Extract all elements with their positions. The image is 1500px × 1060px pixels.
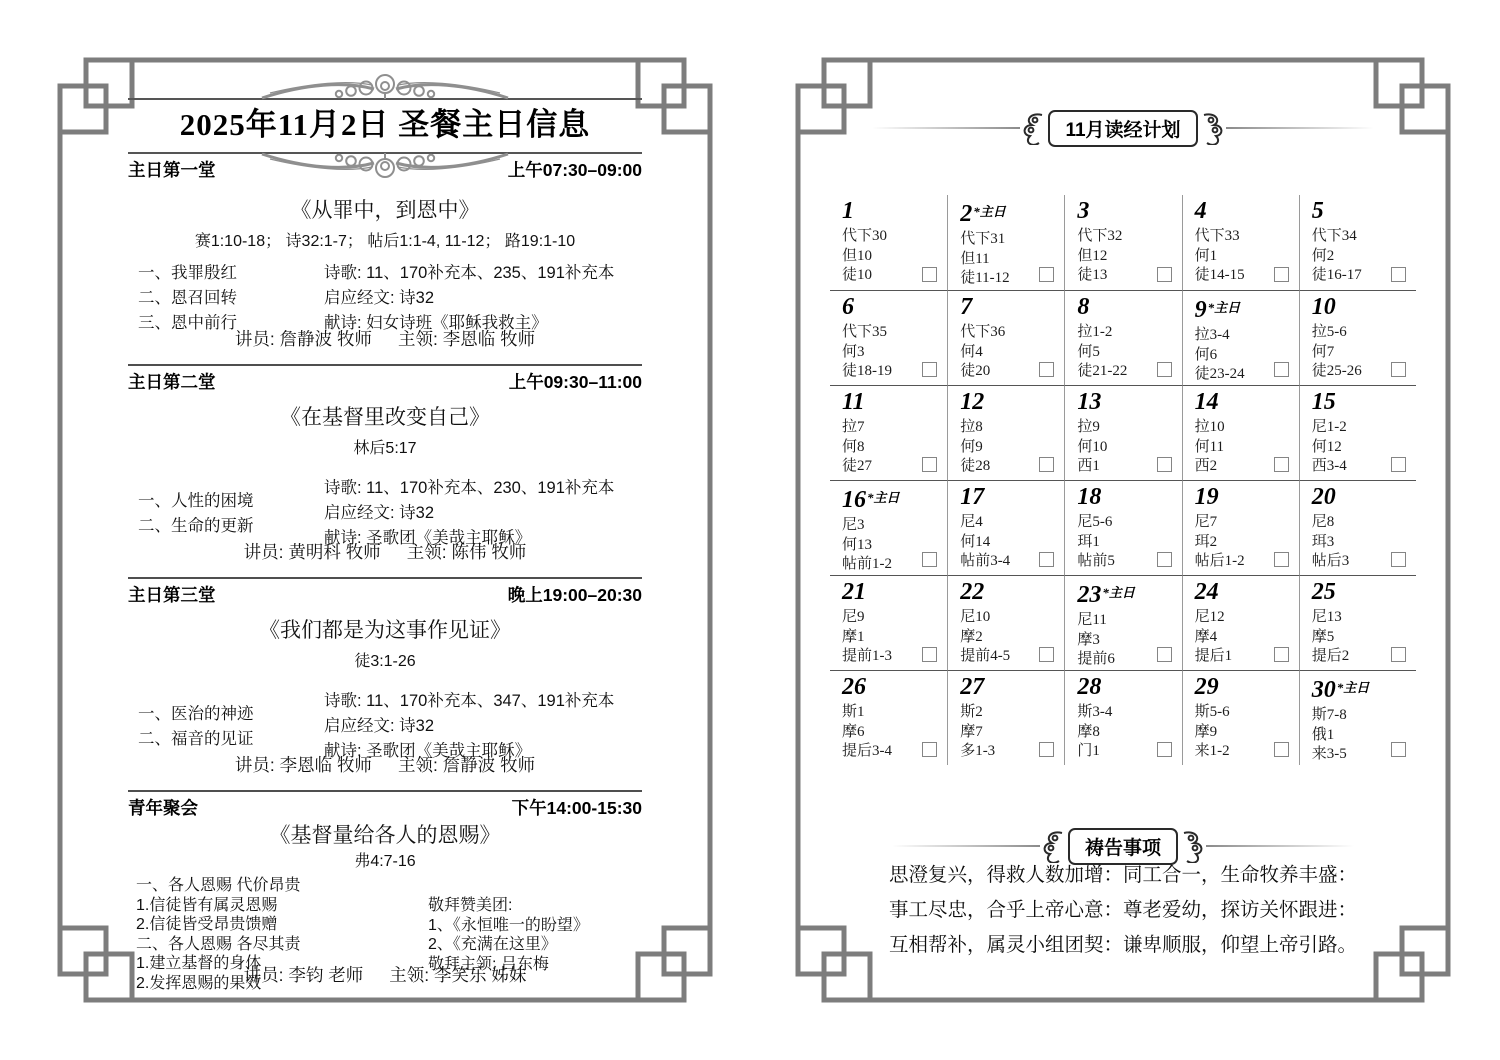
- reading-line: 珥1: [1077, 533, 1175, 553]
- reading-line: 代下33: [1195, 227, 1293, 247]
- reading-line: 何12: [1312, 438, 1410, 458]
- reading-line: 何7: [1312, 343, 1410, 363]
- cloud-scroll-icon: [1200, 111, 1224, 145]
- day-number: 9: [1195, 297, 1207, 323]
- reading-line: 何3: [842, 343, 941, 363]
- reading-checkbox[interactable]: [1157, 647, 1172, 662]
- reading-line: 何1: [1195, 247, 1293, 267]
- sermon-outline: 一、医治的神迹 二、福音的见证: [128, 702, 324, 752]
- reading-line: 代下30: [842, 227, 941, 247]
- reading-line: 珥2: [1195, 533, 1293, 553]
- reading-line: 代下35: [842, 323, 941, 343]
- reading-checkbox[interactable]: [1391, 552, 1406, 567]
- reading-checkbox[interactable]: [1391, 362, 1406, 377]
- day-number: 28: [1077, 674, 1101, 700]
- day-number: 23: [1077, 582, 1101, 608]
- reading-line: 尼12: [1195, 608, 1293, 628]
- sermon-outline: 一、人性的困境 二、生命的更新: [128, 489, 324, 539]
- reading-checkbox[interactable]: [1157, 362, 1172, 377]
- calendar-day-cell: 22 尼10 摩2 提前4-5: [947, 575, 1064, 670]
- reading-checkbox[interactable]: [1157, 552, 1172, 567]
- prayer-line: 互相帮补，属灵小组团契：谦卑顺服，仰望上帝引路。: [790, 928, 1456, 963]
- calendar-day-cell: 7 代下36 何4 徒20: [947, 290, 1064, 385]
- day-header: 30*主日: [1312, 674, 1410, 706]
- speaker: 讲员: 黄明科 牧师: [244, 542, 381, 562]
- reading-checkbox[interactable]: [922, 267, 937, 282]
- reading-line: 代下31: [960, 230, 1058, 250]
- service-section-3: 主日第三堂 晚上19:00–20:30 《我们都是为这事作见证》 徒3:1-26…: [128, 577, 642, 790]
- reading-calendar: 1 代下30 但10 徒10 2*主日 代下31 但11 徒11-12 3 代下…: [830, 195, 1416, 765]
- leaders-line: 讲员: 詹静波 牧师主领: 李恩临 牧师: [128, 327, 642, 351]
- reading-line: 拉7: [842, 418, 941, 438]
- sermon-title: 《我们都是为这事作见证》: [128, 616, 642, 646]
- reading-line: 拉8: [960, 418, 1058, 438]
- program-line: 启应经文: 诗32: [324, 501, 642, 526]
- day-header: 1: [842, 198, 941, 227]
- title-block: 2025年11月2日 圣餐主日信息: [128, 98, 642, 154]
- left-page-content: 2025年11月2日 圣餐主日信息 主日第一堂 上午07:30–09:00 《从…: [52, 52, 718, 1008]
- scripture-ref: 林后5:17: [128, 437, 642, 460]
- outline-point: 一、各人恩赐 代价昂贵: [136, 876, 428, 896]
- day-number: 21: [842, 579, 866, 605]
- reading-checkbox[interactable]: [1157, 267, 1172, 282]
- sunday-label: *主日: [867, 490, 900, 505]
- sermon-title: 《从罪中，到恩中》: [128, 196, 642, 226]
- speaker: 讲员: 李恩临 牧师: [235, 755, 372, 775]
- reading-checkbox[interactable]: [1039, 362, 1054, 377]
- reading-checkbox[interactable]: [922, 552, 937, 567]
- reading-checkbox[interactable]: [922, 742, 937, 757]
- divider-line: [892, 845, 1040, 847]
- day-header: 6: [842, 294, 941, 323]
- prayer-line: 事工尽忠，合乎上帝心意：尊老爱幼，探访关怀跟进：: [790, 893, 1456, 928]
- day-header: 22: [960, 579, 1058, 608]
- day-number: 4: [1195, 198, 1207, 224]
- calendar-day-cell: 30*主日 斯7-8 俄1 来3-5: [1299, 670, 1416, 765]
- reading-checkbox[interactable]: [1039, 552, 1054, 567]
- day-header: 27: [960, 674, 1058, 703]
- leaders-line: 讲员: 黄明科 牧师主领: 陈伟 牧师: [128, 540, 642, 564]
- reading-checkbox[interactable]: [922, 362, 937, 377]
- program-details: 诗歌: 11、170补充本、235、191补充本 启应经文: 诗32 献诗: 妇…: [324, 261, 642, 336]
- day-header: 12: [960, 389, 1058, 418]
- day-header: 28: [1077, 674, 1175, 703]
- reading-line: 拉5-6: [1312, 323, 1410, 343]
- section-body: 一、我罪殷红 二、恩召回转 三、恩中前行 诗歌: 11、170补充本、235、1…: [128, 261, 642, 336]
- section-time: 上午09:30–11:00: [509, 370, 642, 394]
- day-number: 25: [1312, 579, 1336, 605]
- day-header: 15: [1312, 389, 1410, 418]
- program-line: 诗歌: 11、170补充本、230、191补充本: [324, 476, 642, 501]
- calendar-day-cell: 17 尼4 何14 帖前3-4: [947, 480, 1064, 575]
- day-number: 8: [1077, 294, 1089, 320]
- day-number: 18: [1077, 484, 1101, 510]
- page-title: 2025年11月2日 圣餐主日信息: [128, 104, 642, 146]
- day-number: 27: [960, 674, 984, 700]
- reading-line: 代下34: [1312, 227, 1410, 247]
- day-header: 13: [1077, 389, 1175, 418]
- reading-checkbox[interactable]: [922, 647, 937, 662]
- worship-line: 1、《永恒唯一的盼望》: [428, 916, 642, 936]
- presider: 主领: 詹静波 牧师: [398, 755, 535, 775]
- section-name: 主日第三堂: [128, 583, 216, 607]
- reading-line: 拉9: [1077, 418, 1175, 438]
- reading-checkbox[interactable]: [1391, 647, 1406, 662]
- reading-line: 尼4: [960, 513, 1058, 533]
- scripture-ref: 赛1:10-18； 诗32:1-7； 帖后1:1-4, 11-12； 路19:1…: [128, 230, 642, 253]
- calendar-day-cell: 4 代下33 何1 徒14-15: [1182, 195, 1299, 290]
- day-header: 20: [1312, 484, 1410, 513]
- section-name: 青年聚会: [128, 796, 198, 820]
- divider-line: [872, 127, 1020, 129]
- reading-line: 何11: [1195, 438, 1293, 458]
- reading-checkbox[interactable]: [1039, 267, 1054, 282]
- reading-line: 斯7-8: [1312, 706, 1410, 726]
- calendar-day-cell: 6 代下35 何3 徒18-19: [830, 290, 947, 385]
- section-time: 下午14:00-15:30: [512, 796, 642, 820]
- day-header: 29: [1195, 674, 1293, 703]
- day-header: 26: [842, 674, 941, 703]
- day-header: 17: [960, 484, 1058, 513]
- youth-meeting-section: 青年聚会 下午14:00-15:30 《基督量给各人的恩赐》 弗4:7-16 一…: [128, 790, 642, 995]
- reading-line: 拉10: [1195, 418, 1293, 438]
- reading-line: 尼1-2: [1312, 418, 1410, 438]
- day-number: 7: [960, 294, 972, 320]
- reading-plan-header: 11月读经计划: [790, 110, 1456, 146]
- program-line: 启应经文: 诗32: [324, 286, 642, 311]
- reading-checkbox[interactable]: [1274, 267, 1289, 282]
- day-header: 16*主日: [842, 484, 941, 516]
- day-header: 18: [1077, 484, 1175, 513]
- calendar-day-cell: 14 拉10 何11 西2: [1182, 385, 1299, 480]
- calendar-day-cell: 2*主日 代下31 但11 徒11-12: [947, 195, 1064, 290]
- calendar-day-cell: 13 拉9 何10 西1: [1064, 385, 1181, 480]
- reading-line: 何8: [842, 438, 941, 458]
- sunday-label: *主日: [973, 204, 1006, 219]
- reading-line: 斯3-4: [1077, 703, 1175, 723]
- service-section-2: 主日第二堂 上午09:30–11:00 《在基督里改变自己》 林后5:17 一、…: [128, 364, 642, 577]
- reading-line: 何9: [960, 438, 1058, 458]
- presider: 主领: 陈伟 牧师: [407, 542, 527, 562]
- reading-checkbox[interactable]: [1274, 647, 1289, 662]
- reading-checkbox[interactable]: [1391, 457, 1406, 472]
- speaker: 讲员: 詹静波 牧师: [235, 329, 372, 349]
- section-header: 主日第二堂 上午09:30–11:00: [128, 370, 642, 394]
- reading-line: 斯2: [960, 703, 1058, 723]
- day-header: 2*主日: [960, 198, 1058, 230]
- section-header: 主日第一堂 上午07:30–09:00: [128, 158, 642, 182]
- program-line: 诗歌: 11、170补充本、347、191补充本: [324, 689, 642, 714]
- day-header: 9*主日: [1195, 294, 1293, 326]
- reading-checkbox[interactable]: [1157, 742, 1172, 757]
- divider-line: [1226, 127, 1374, 129]
- day-header: 5: [1312, 198, 1410, 227]
- sunday-label: *主日: [1337, 680, 1370, 695]
- day-number: 6: [842, 294, 854, 320]
- day-number: 14: [1195, 389, 1219, 415]
- scripture-ref: 弗4:7-16: [128, 851, 642, 872]
- calendar-day-cell: 25 尼13 摩5 提后2: [1299, 575, 1416, 670]
- calendar-day-cell: 23*主日 尼11 摩3 提前6: [1064, 575, 1181, 670]
- outline-point: 一、人性的困境: [138, 489, 324, 514]
- sermon-title: 《在基督里改变自己》: [128, 403, 642, 433]
- reading-line: 何14: [960, 533, 1058, 553]
- calendar-day-cell: 29 斯5-6 摩9 来1-2: [1182, 670, 1299, 765]
- reading-line: 尼3: [842, 516, 941, 536]
- reading-line: 尼7: [1195, 513, 1293, 533]
- outline-point: 一、我罪殷红: [138, 261, 324, 286]
- service-section-1: 主日第一堂 上午07:30–09:00 《从罪中，到恩中》 赛1:10-18； …: [128, 154, 642, 364]
- program-line: 诗歌: 11、170补充本、235、191补充本: [324, 261, 642, 286]
- reading-checkbox[interactable]: [1274, 362, 1289, 377]
- reading-line: 何4: [960, 343, 1058, 363]
- reading-line: 拉1-2: [1077, 323, 1175, 343]
- calendar-day-cell: 19 尼7 珥2 帖后1-2: [1182, 480, 1299, 575]
- day-number: 24: [1195, 579, 1219, 605]
- reading-checkbox[interactable]: [1039, 742, 1054, 757]
- day-header: 3: [1077, 198, 1175, 227]
- day-header: 24: [1195, 579, 1293, 608]
- reading-line: 摩1: [842, 628, 941, 648]
- calendar-day-cell: 15 尼1-2 何12 西3-4: [1299, 385, 1416, 480]
- calendar-day-cell: 12 拉8 何9 徒28: [947, 385, 1064, 480]
- section-name: 主日第二堂: [128, 370, 216, 394]
- reading-line: 代下36: [960, 323, 1058, 343]
- reading-checkbox[interactable]: [1039, 647, 1054, 662]
- day-number: 19: [1195, 484, 1219, 510]
- flourish-ornament-icon: [260, 72, 510, 100]
- cloud-scroll-icon: [1022, 111, 1046, 145]
- presider: 主领: 李恩临 牧师: [398, 329, 535, 349]
- reading-line: 摩9: [1195, 723, 1293, 743]
- reading-line: 斯5-6: [1195, 703, 1293, 723]
- reading-line: 何10: [1077, 438, 1175, 458]
- reading-checkbox[interactable]: [1039, 457, 1054, 472]
- reading-checkbox[interactable]: [1157, 457, 1172, 472]
- day-header: 21: [842, 579, 941, 608]
- calendar-day-cell: 28 斯3-4 摩8 门1: [1064, 670, 1181, 765]
- sermon-outline: 一、我罪殷红 二、恩召回转 三、恩中前行: [128, 261, 324, 336]
- day-number: 20: [1312, 484, 1336, 510]
- day-number: 2: [960, 201, 972, 227]
- day-number: 1: [842, 198, 854, 224]
- day-header: 7: [960, 294, 1058, 323]
- reading-line: 摩8: [1077, 723, 1175, 743]
- bulletin-page-right: 11月读经计划 1 代下30 但10 徒10 2*主日 代下31 但11 徒11…: [790, 52, 1456, 1008]
- calendar-day-cell: 11 拉7 何8 徒27: [830, 385, 947, 480]
- program-line: 启应经文: 诗32: [324, 714, 642, 739]
- reading-checkbox[interactable]: [922, 457, 937, 472]
- reading-line: 摩7: [960, 723, 1058, 743]
- section-name: 主日第一堂: [128, 158, 216, 182]
- day-header: 10: [1312, 294, 1410, 323]
- sermon-title: 《基督量给各人的恩赐》: [128, 822, 642, 850]
- outline-point: 二、福音的见证: [138, 727, 324, 752]
- calendar-day-cell: 10 拉5-6 何7 徒25-26: [1299, 290, 1416, 385]
- calendar-day-cell: 27 斯2 摩7 多1-3: [947, 670, 1064, 765]
- outline-point: 二、恩召回转: [138, 286, 324, 311]
- day-number: 11: [842, 389, 865, 415]
- sunday-label: *主日: [1208, 300, 1241, 315]
- prayer-line: 思澄复兴，得救人数加增：同工合一，生命牧养丰盛：: [790, 858, 1456, 893]
- day-number: 16: [842, 487, 866, 513]
- reading-checkbox[interactable]: [1274, 552, 1289, 567]
- outline-point: 一、医治的神迹: [138, 702, 324, 727]
- day-number: 3: [1077, 198, 1089, 224]
- sunday-label: *主日: [1102, 585, 1135, 600]
- day-number: 26: [842, 674, 866, 700]
- day-header: 8: [1077, 294, 1175, 323]
- right-page-content: 11月读经计划 1 代下30 但10 徒10 2*主日 代下31 但11 徒11…: [790, 52, 1456, 1008]
- section-header: 主日第三堂 晚上19:00–20:30: [128, 583, 642, 607]
- calendar-day-cell: 9*主日 拉3-4 何6 徒23-24: [1182, 290, 1299, 385]
- reading-line: 但12: [1077, 247, 1175, 267]
- reading-line: 摩5: [1312, 628, 1410, 648]
- calendar-day-cell: 1 代下30 但10 徒10: [830, 195, 947, 290]
- calendar-day-cell: 24 尼12 摩4 提后1: [1182, 575, 1299, 670]
- day-number: 13: [1077, 389, 1101, 415]
- leaders-line: 讲员: 李恩临 牧师主领: 詹静波 牧师: [128, 753, 642, 777]
- bulletin-page-left: 2025年11月2日 圣餐主日信息 主日第一堂 上午07:30–09:00 《从…: [52, 52, 718, 1008]
- reading-line: 尼5-6: [1077, 513, 1175, 533]
- outline-point: 2.信徒皆受昂贵馈赠: [136, 915, 428, 935]
- reading-line: 尼9: [842, 608, 941, 628]
- presider: 主领: 李笑乐 姊妹: [389, 965, 526, 985]
- speaker: 讲员: 李钧 老师: [244, 965, 364, 985]
- reading-line: 拉3-4: [1195, 326, 1293, 346]
- day-header: 11: [842, 389, 941, 418]
- section-time: 上午07:30–09:00: [508, 158, 642, 182]
- calendar-day-cell: 3 代下32 但12 徒13: [1064, 195, 1181, 290]
- calendar-day-cell: 8 拉1-2 何5 徒21-22: [1064, 290, 1181, 385]
- reading-line: 斯1: [842, 703, 941, 723]
- calendar-day-cell: 18 尼5-6 珥1 帖前5: [1064, 480, 1181, 575]
- calendar-day-cell: 5 代下34 何2 徒16-17: [1299, 195, 1416, 290]
- outline-point: 二、生命的更新: [138, 514, 324, 539]
- day-number: 5: [1312, 198, 1324, 224]
- reading-line: 但10: [842, 247, 941, 267]
- reading-checkbox[interactable]: [1391, 267, 1406, 282]
- calendar-day-cell: 21 尼9 摩1 提前1-3: [830, 575, 947, 670]
- reading-line: 何5: [1077, 343, 1175, 363]
- calendar-day-cell: 26 斯1 摩6 提后3-4: [830, 670, 947, 765]
- reading-line: 尼13: [1312, 608, 1410, 628]
- prayer-list: 思澄复兴，得救人数加增：同工合一，生命牧养丰盛： 事工尽忠，合乎上帝心意：尊老爱…: [790, 858, 1456, 963]
- day-header: 14: [1195, 389, 1293, 418]
- day-number: 30: [1312, 677, 1336, 703]
- reading-line: 代下32: [1077, 227, 1175, 247]
- day-number: 22: [960, 579, 984, 605]
- reading-plan-title: 11月读经计划: [1048, 110, 1197, 147]
- day-header: 23*主日: [1077, 579, 1175, 611]
- reading-checkbox[interactable]: [1274, 742, 1289, 757]
- reading-line: 尼8: [1312, 513, 1410, 533]
- day-number: 29: [1195, 674, 1219, 700]
- scripture-ref: 徒3:1-26: [128, 650, 642, 673]
- reading-line: 珥3: [1312, 533, 1410, 553]
- leaders-line: 讲员: 李钧 老师主领: 李笑乐 姊妹: [128, 963, 642, 987]
- reading-line: 何2: [1312, 247, 1410, 267]
- reading-checkbox[interactable]: [1274, 457, 1289, 472]
- section-header: 青年聚会 下午14:00-15:30: [128, 796, 642, 820]
- reading-line: 摩6: [842, 723, 941, 743]
- day-number: 15: [1312, 389, 1336, 415]
- divider-line: [1206, 845, 1354, 847]
- worship-line: 2、《充满在这里》: [428, 935, 642, 955]
- worship-line: 敬拜赞美团:: [428, 896, 642, 916]
- outline-point: 二、各人恩赐 各尽其责: [136, 935, 428, 955]
- section-time: 晚上19:00–20:30: [508, 583, 642, 607]
- day-header: 4: [1195, 198, 1293, 227]
- day-number: 10: [1312, 294, 1336, 320]
- calendar-day-cell: 16*主日 尼3 何13 帖前1-2: [830, 480, 947, 575]
- reading-line: 摩4: [1195, 628, 1293, 648]
- day-header: 19: [1195, 484, 1293, 513]
- reading-line: 尼11: [1077, 611, 1175, 631]
- reading-checkbox[interactable]: [1391, 742, 1406, 757]
- reading-line: 尼10: [960, 608, 1058, 628]
- outline-point: 1.信徒皆有属灵恩赐: [136, 896, 428, 916]
- day-header: 25: [1312, 579, 1410, 608]
- reading-line: 摩2: [960, 628, 1058, 648]
- calendar-day-cell: 20 尼8 珥3 帖后3: [1299, 480, 1416, 575]
- day-number: 17: [960, 484, 984, 510]
- day-number: 12: [960, 389, 984, 415]
